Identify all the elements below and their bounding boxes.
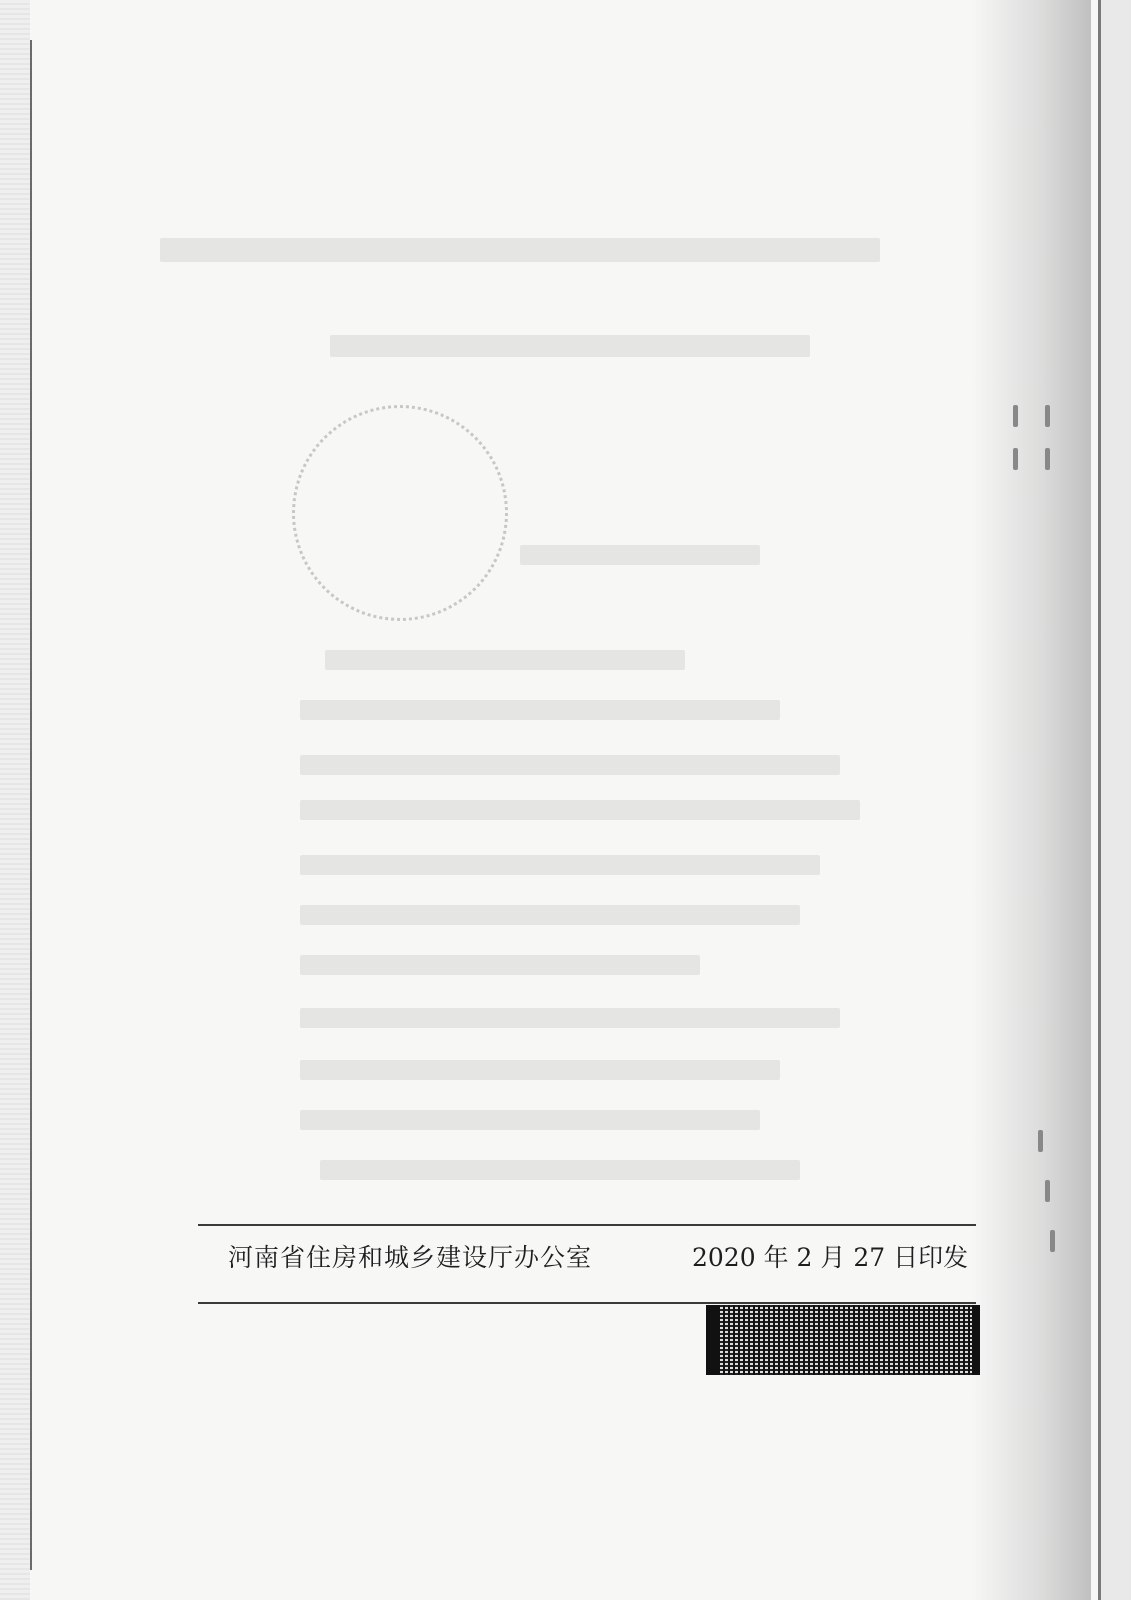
barcode-icon xyxy=(706,1305,980,1375)
bleed-through-line xyxy=(300,905,800,925)
bleed-through-line xyxy=(520,545,760,565)
scan-right-edge xyxy=(1101,0,1131,1600)
bleed-through-line xyxy=(300,800,860,820)
scanned-document-page: 河南省住房和城乡建设厅办公室 2020 年 2 月 27 日印发 xyxy=(0,0,1131,1600)
staple-icon xyxy=(1050,1230,1055,1252)
staple-icon xyxy=(1013,448,1018,470)
issue-date: 2020 年 2 月 27 日印发 xyxy=(692,1238,968,1274)
bleed-through-line xyxy=(300,1060,780,1080)
issuing-office: 河南省住房和城乡建设厅办公室 xyxy=(228,1238,592,1274)
bleed-through-line xyxy=(330,335,810,357)
page-left-border xyxy=(30,40,32,1570)
staple-icon xyxy=(1013,405,1018,427)
staple-icon xyxy=(1045,448,1050,470)
staple-icon xyxy=(1045,405,1050,427)
bleed-through-line xyxy=(160,238,880,262)
bleed-through-line xyxy=(300,1110,760,1130)
faded-seal-icon xyxy=(292,405,508,621)
staple-icon xyxy=(1045,1180,1050,1202)
footer-top-rule xyxy=(198,1224,976,1226)
bleed-through-line xyxy=(320,1160,800,1180)
scan-left-edge xyxy=(0,0,30,1600)
bleed-through-line xyxy=(300,700,780,720)
bleed-through-line xyxy=(300,1008,840,1028)
footer-bottom-rule xyxy=(198,1302,976,1304)
scan-shadow xyxy=(971,0,1091,1600)
bleed-through-line xyxy=(300,955,700,975)
staple-icon xyxy=(1038,1130,1043,1152)
bleed-through-line xyxy=(325,650,685,670)
bleed-through-line xyxy=(300,855,820,875)
bleed-through-line xyxy=(300,755,840,775)
